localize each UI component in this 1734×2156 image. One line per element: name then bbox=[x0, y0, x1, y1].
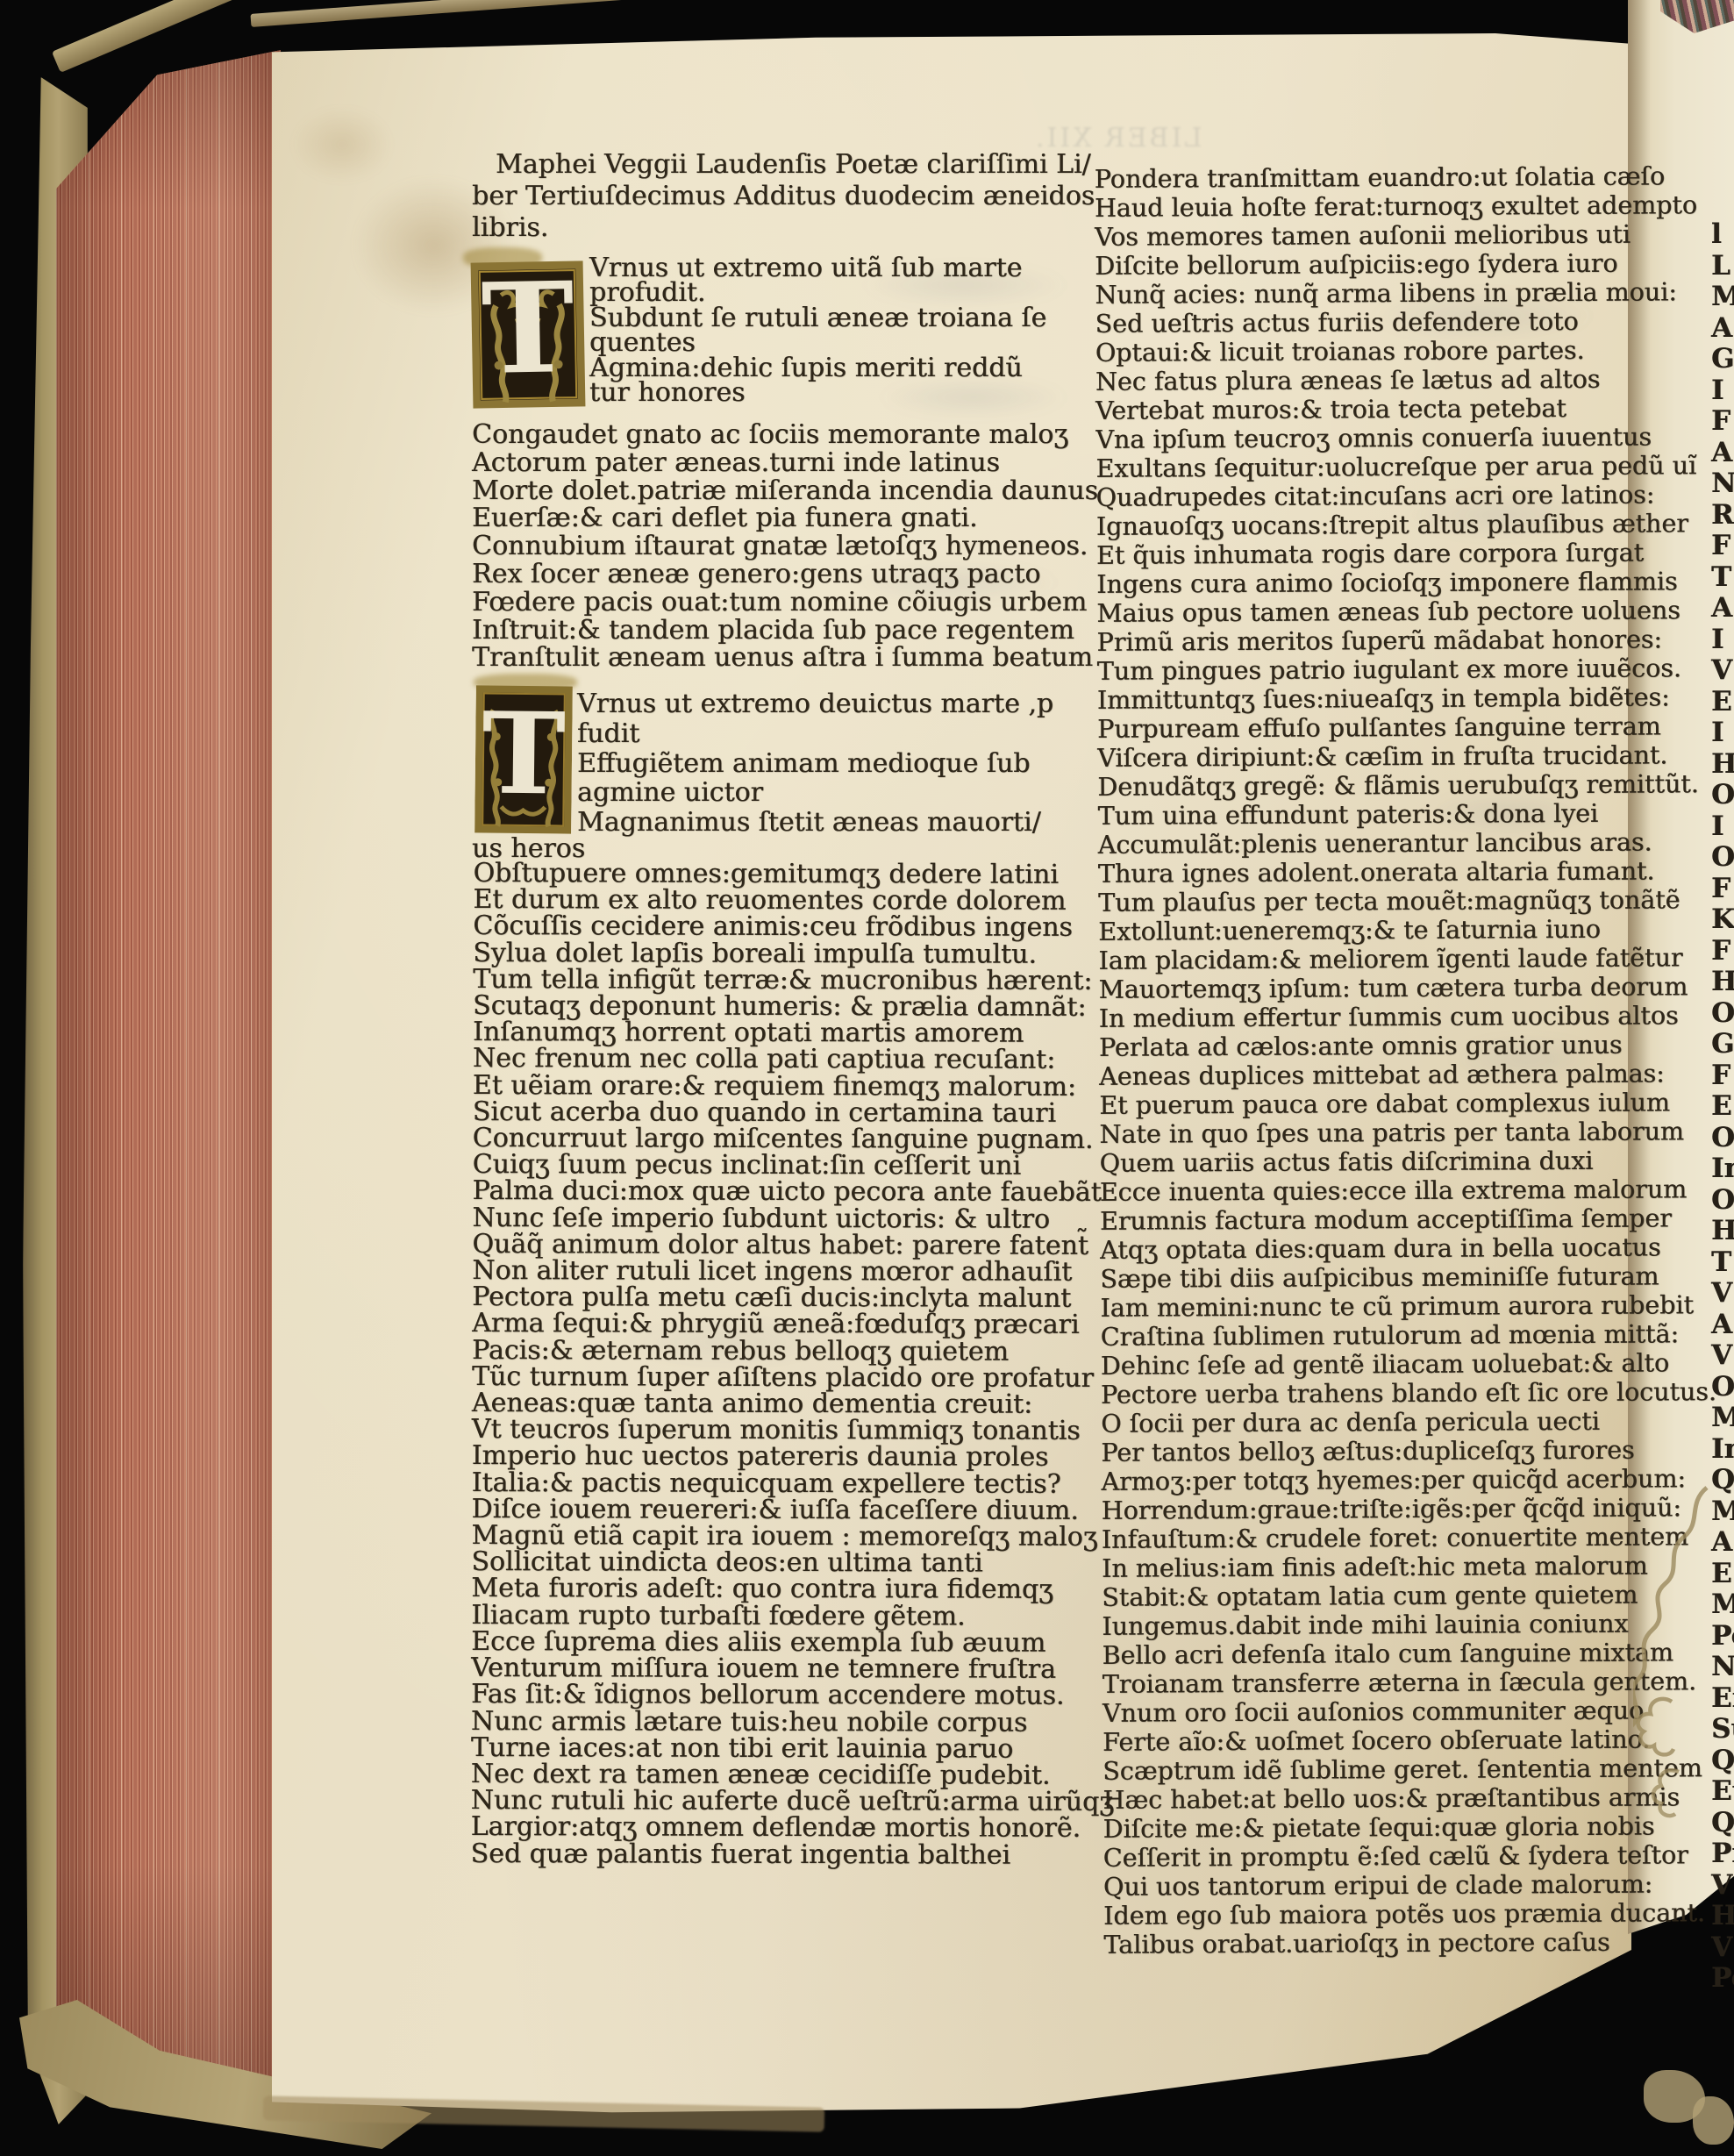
verse-line: Perlata ad cælos:ante omnis gratior unus bbox=[1099, 1030, 1715, 1062]
clipped-letter: O bbox=[1711, 998, 1734, 1030]
clipped-letter: I bbox=[1711, 811, 1734, 843]
verse-line: Infauſtum:& crudele foret: conuertite me… bbox=[1102, 1522, 1717, 1554]
clipped-letter: F bbox=[1711, 874, 1734, 905]
clipped-letter: O bbox=[1711, 780, 1734, 811]
verse-line: Extollunt:ueneremqʒ:& te ſaturnia iuno bbox=[1098, 914, 1714, 946]
verse-line: Iam memini:nunc te cũ primum aurora rube… bbox=[1100, 1290, 1716, 1323]
page-stain bbox=[289, 105, 395, 184]
verse-line: tur honores bbox=[589, 381, 1046, 405]
clipped-letter: A bbox=[1711, 313, 1734, 345]
verse-line: Aeneas duplices mittebat ad æthera palma… bbox=[1099, 1059, 1715, 1091]
clipped-letter: O bbox=[1711, 1123, 1734, 1154]
clipped-letter: V bbox=[1711, 1278, 1734, 1310]
verse-line: Armoʒ:per totqʒ hyemes:per quicq̃d acerb… bbox=[1101, 1464, 1716, 1496]
verse-line: Troianam transferre æterna in ſæcula gen… bbox=[1102, 1667, 1718, 1699]
verse-line: Magnanimus ſtetit æneas mauorti/ bbox=[577, 808, 1053, 838]
verse-line: Ingens cura animo ſocioſqʒ imponere flam… bbox=[1096, 567, 1712, 599]
verse-line: Scæptrum idẽ ſublime geret. ſententia me… bbox=[1102, 1753, 1718, 1786]
verse-line: Maius opus tamen æneas ſub pectore uolue… bbox=[1096, 596, 1712, 628]
clipped-letter: I bbox=[1711, 717, 1734, 749]
verse-line: Immittuntqʒ ſues:niueaſqʒ in templa bidẽ… bbox=[1097, 682, 1713, 715]
clipped-letter: N bbox=[1711, 468, 1734, 500]
photo-of-incunabulum-page: LIBER XII. Maphei Veggii Laudenſis Poetæ… bbox=[0, 0, 1734, 2156]
clipped-letter: I bbox=[1711, 375, 1734, 407]
verse-line: Sed quæ palantis fuerat ingentia balthei bbox=[470, 1841, 1114, 1869]
clipped-letter: H bbox=[1711, 1216, 1734, 1247]
verse-line: Vos memores tamen auſonii melioribus uti bbox=[1095, 219, 1710, 252]
verse-line: Quem uariis actus fatis diſcrimina duxi bbox=[1100, 1146, 1716, 1178]
verse-line: fudit bbox=[577, 719, 1053, 749]
verse-line: In melius:iam finis adeſt:hic meta malor… bbox=[1102, 1551, 1717, 1583]
verse-line: Morte dolet.patriæ miſeranda incendia da… bbox=[472, 477, 1098, 505]
verse-line: Optaui:& licuit troianas robore partes. bbox=[1095, 335, 1711, 368]
verse-line: Exultans ſequitur:uolucreſque per arua p… bbox=[1095, 451, 1711, 483]
clipped-letter: F bbox=[1711, 406, 1734, 438]
initial-letter: T bbox=[481, 259, 576, 403]
verse-line: Congaudet gnato ac ſociis memorante malo… bbox=[472, 421, 1098, 449]
verse-line: In medium effertur ſummis cum uocibus al… bbox=[1099, 1001, 1715, 1033]
verse-line: Nunq̃ acies: nunq̃ arma libens in prælia… bbox=[1095, 277, 1710, 310]
verse-line: Euerſæ:& cari deflet pia funera gnati. bbox=[472, 504, 1098, 532]
verse-line: Primũ aris meritos ſuperũ mãdabat honore… bbox=[1096, 625, 1712, 657]
verse-line: Ceſſerit in promptu ẽ:ſed cælũ & ſydera … bbox=[1103, 1840, 1719, 1873]
verse-line: Bello acri defenſa italo cum ſanguine mi… bbox=[1102, 1638, 1717, 1670]
verse-line: Fœdere pacis ouat:tum nomine cõiugis urb… bbox=[472, 589, 1098, 617]
verse-line: Rex ſocer æneæ genero:gens utraqʒ pacto bbox=[472, 560, 1098, 589]
verse-line: Nate in quo ſpes una patris per tanta la… bbox=[1099, 1117, 1715, 1149]
clipped-letter: E bbox=[1711, 1091, 1734, 1123]
clipped-letter: T bbox=[1711, 1247, 1734, 1279]
chapter-heading: Maphei Veggii Laudenſis Poetæ clariſſimi… bbox=[472, 149, 1095, 244]
verse-line: Atqʒ optata dies:quam dura in bella uoca… bbox=[1100, 1232, 1716, 1265]
verse-line: Connubium iſtaurat gnatæ lætoſqʒ hymeneo… bbox=[472, 532, 1098, 560]
verse-line: Inſtruit:& tandem placida ſub pace regen… bbox=[472, 617, 1098, 645]
decorated-initial-T-woodcut-dragons: T bbox=[471, 259, 586, 410]
verse-line: Vertebat muros:& troia tecta petebat bbox=[1095, 393, 1711, 425]
verse-line: Thura ignes adolent.onerata altaria fuma… bbox=[1098, 856, 1714, 889]
clipped-letter: A bbox=[1711, 593, 1734, 625]
verse-line: Diſcite me:& pietate ſequi:quæ gloria no… bbox=[1102, 1811, 1718, 1844]
verse-line: Erumnis factura modum acceptiſſima ſempe… bbox=[1100, 1203, 1716, 1236]
verse-line: Nec fatus plura æneas ſe lætus ad altos bbox=[1095, 364, 1711, 396]
clipped-letter: T bbox=[1711, 562, 1734, 594]
clipped-letter: In bbox=[1711, 1434, 1734, 1466]
verse-line: Tum pingues patrio iugulant ex more iuuẽ… bbox=[1097, 653, 1713, 686]
verse-line: Dehinc ſeſe ad gentẽ iliacam uoluebat:& … bbox=[1101, 1348, 1716, 1381]
verse-line: Ignauoſqʒ uocans:ſtrepit altus plauſibus… bbox=[1096, 509, 1712, 541]
verse-line: Talibus orabat.uarioſqʒ in pectore caſus bbox=[1103, 1927, 1719, 1960]
right-column: Pondera tranſmittam euandro:ut ſolatia c… bbox=[1095, 161, 1720, 1960]
verse-line: Vrnus ut extremo deuictus marte ,p bbox=[577, 689, 1053, 719]
verse-line: Ferte aĩo:& uoſmet ſocero obſeruate lati… bbox=[1102, 1724, 1718, 1757]
verse-line: Pectore uerba trahens blando eſt ſic ore… bbox=[1101, 1377, 1716, 1410]
verse-line: Purpuream effuſo pulſantes ſanguine terr… bbox=[1097, 711, 1713, 744]
verse-line: Et puerum pauca ore dabat complexus iulu… bbox=[1099, 1088, 1715, 1120]
verse-line: Quadrupedes citat:incuſans acri ore lati… bbox=[1096, 480, 1712, 512]
left-column-block-2: Obſtupuere omnes:gemitumqʒ dedere latini… bbox=[470, 860, 1116, 1869]
verse-line: Diſcite bellorum auſpiciis:ego ſydera iu… bbox=[1095, 248, 1710, 281]
clipped-letter: R bbox=[1711, 500, 1734, 532]
clipped-letter: G bbox=[1711, 1029, 1734, 1060]
verse-line: Hæc habet:at bello uos:& præſtantibus ar… bbox=[1102, 1782, 1718, 1815]
clipped-letter: F bbox=[1711, 936, 1734, 967]
text-block-top-edge bbox=[250, 0, 797, 27]
clipped-letter: O bbox=[1711, 1372, 1734, 1403]
clipped-letter: G bbox=[1711, 344, 1734, 375]
verse-line: Mauortemqʒ ipſum: tum cætera turba deoru… bbox=[1098, 972, 1714, 1004]
verse-line: Ecce inuenta quies:ecce illa extrema mal… bbox=[1100, 1174, 1716, 1207]
verse-line: Accumulãt:plenis uenerantur lancibus ara… bbox=[1098, 827, 1714, 860]
verse-line: Tum uina effundunt pateris:& dona lyei bbox=[1097, 798, 1713, 831]
margin-pen-doodle bbox=[1633, 1482, 1734, 2026]
verse-line: Qui uos tantorum eripui de clade malorum… bbox=[1103, 1869, 1719, 1902]
clipped-letter: K bbox=[1711, 904, 1734, 936]
clipped-letter: I bbox=[1711, 625, 1734, 656]
verse-line: Viſcera diripiunt:& cæſim in fruſta truc… bbox=[1097, 740, 1713, 773]
verse-line: Craſtina ſublimen rutulorum ad mœnia mit… bbox=[1101, 1319, 1716, 1352]
left-column-block-1: Congaudet gnato ac ſociis memorante malo… bbox=[472, 421, 1098, 672]
verse-line: Haud leuia hoſte ferat:turnoqʒ exultet a… bbox=[1095, 190, 1710, 223]
initial-letter: T bbox=[482, 689, 567, 821]
clipped-letter: O bbox=[1711, 842, 1734, 874]
binding-tail-flap bbox=[1693, 2096, 1734, 2145]
clipped-letter: H bbox=[1711, 967, 1734, 998]
verse-line: Iam placidam:& meliorem ĩgenti laude fat… bbox=[1098, 943, 1714, 975]
verse-line: Per tantos belloʒ æſtus:dupliceſqʒ furor… bbox=[1101, 1435, 1716, 1467]
clipped-letter: A bbox=[1711, 1310, 1734, 1341]
verse-line: Vnum oro ſocii auſonios communiter æquo bbox=[1102, 1696, 1718, 1728]
verse-line: Horrendum:graue:triſte:igẽs:per q̃cq̃d i… bbox=[1102, 1493, 1717, 1525]
clipped-letter: A bbox=[1711, 438, 1734, 469]
clipped-letter: L bbox=[1711, 251, 1734, 282]
heading-line: libris. bbox=[472, 212, 1095, 244]
verse-line: Sæpe tibi diis auſpicibus meminiſſe futu… bbox=[1100, 1261, 1716, 1294]
verse-beside-initial-2: Vrnus ut extremo deuictus marte ,pfuditE… bbox=[577, 689, 1053, 838]
verse-line: Tranſtulit æneam uenus aſtra i ſumma bea… bbox=[472, 644, 1098, 672]
verse-line: Iungemus.dabit inde mihi lauinia coniunx bbox=[1102, 1609, 1717, 1641]
clipped-letter: F bbox=[1711, 531, 1734, 562]
verse-line: Tum plauſus per tecta mouẽt:magnũqʒ tonã… bbox=[1098, 885, 1714, 917]
verse-line: Actorum pater æneas.turni inde latinus bbox=[472, 449, 1098, 477]
verse-line: Stabit:& optatam latia cum gente quietem bbox=[1102, 1580, 1717, 1612]
clipped-letter: E bbox=[1711, 687, 1734, 718]
verse-beside-initial-1: Vrnus ut extremo uitã ſub marteprofudit.… bbox=[589, 256, 1046, 405]
heading-line: Maphei Veggii Laudenſis Poetæ clariſſimi… bbox=[472, 149, 1095, 181]
clipped-letter: l bbox=[1711, 219, 1734, 251]
clipped-letter: M bbox=[1711, 1403, 1734, 1434]
verse-line: Sed ueſtris actus furiis defendere toto bbox=[1095, 306, 1711, 339]
red-stained-fore-edge bbox=[56, 44, 281, 2114]
clipped-letter: M bbox=[1711, 282, 1734, 313]
clipped-letter: F bbox=[1711, 1060, 1734, 1092]
clipped-letter: V bbox=[1711, 1340, 1734, 1372]
clipped-letter: O bbox=[1711, 1185, 1734, 1217]
clipped-letter: V bbox=[1711, 655, 1734, 687]
verse-line: Effugiẽtem animam medioque ſub bbox=[577, 749, 1053, 779]
verse-line: Et q̃uis inhumata rogis dare corpora ſur… bbox=[1096, 538, 1712, 570]
clipped-letter: H bbox=[1711, 749, 1734, 781]
verse-line: Idem ego ſub maiora potẽs uos præmia duc… bbox=[1103, 1898, 1719, 1931]
verse-line: Denudãtqʒ gregẽ: & flãmis uerubuſqʒ remi… bbox=[1097, 769, 1713, 802]
verse-line: O ſocii per dura ac denſa pericula uecti bbox=[1101, 1406, 1716, 1439]
verse-line: Vna ipſum teucroʒ omnis conuerſa iuuentu… bbox=[1095, 422, 1711, 454]
decorated-initial-T-woodcut-floral: T bbox=[475, 683, 573, 835]
clipped-letter: In bbox=[1711, 1153, 1734, 1185]
verse-line: agmine uictor bbox=[577, 778, 1053, 808]
heading-line: ber Tertiuſdecimus Additus duodecim ænei… bbox=[472, 181, 1095, 212]
verse-line: Pondera tranſmittam euandro:ut ſolatia c… bbox=[1095, 161, 1710, 194]
